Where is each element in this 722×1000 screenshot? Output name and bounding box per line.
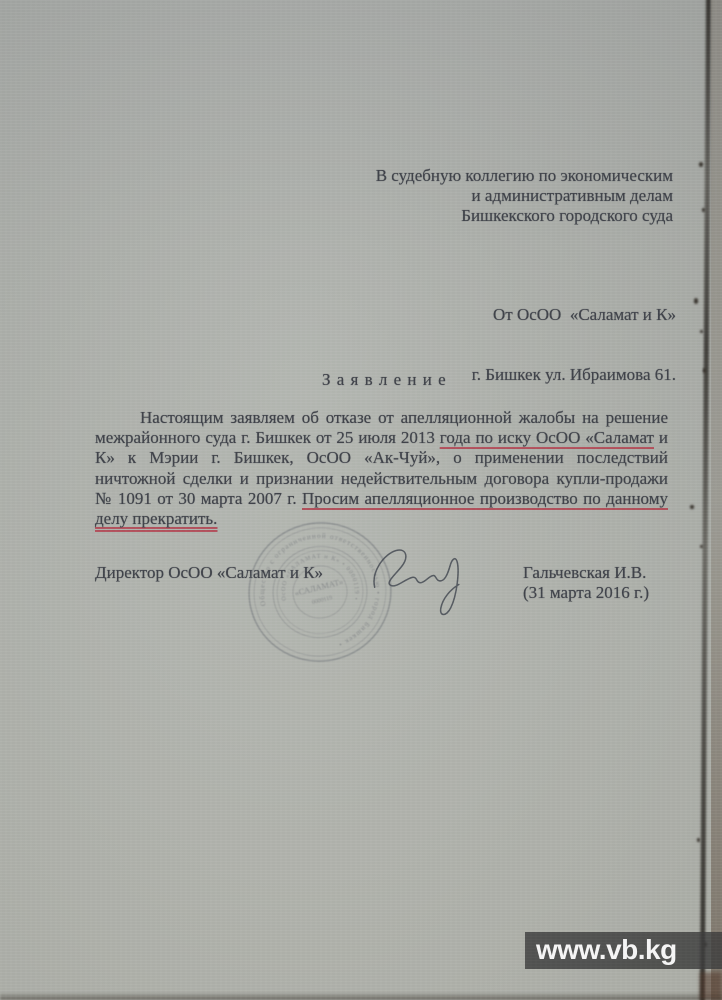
edge-smudge [694, 298, 698, 304]
document-title: З а я в л е н и е [322, 370, 447, 390]
edge-smudge [702, 208, 705, 212]
document-photo: В судебную коллегию по экономическим и а… [0, 0, 722, 1000]
edge-smudge [690, 505, 694, 509]
edge-smudge [697, 838, 700, 842]
recipient-line: Бишкекского городского суда [376, 206, 673, 226]
recipient-line: и административным делам [376, 186, 673, 206]
signature-block: Гальчевская И.В. (31 марта 2016 г.) [523, 563, 649, 602]
underlined-phrase: делу прекратить. [95, 509, 217, 528]
recipient-block: В судебную коллегию по экономическим и а… [376, 166, 673, 226]
signature-date: (31 марта 2016 г.) [523, 583, 649, 603]
edge-smudge [700, 330, 703, 333]
edge-smudge [700, 545, 703, 548]
sender-line: г. Бишкек ул. Ибраимова 61. [472, 365, 676, 385]
page-edge-strip [711, 0, 722, 1000]
handwritten-signature [368, 538, 478, 623]
underlined-phrase: Просим апелляционное производство по дан… [302, 489, 668, 508]
sender-block: От ОсОО «Саламат и К» г. Бишкек ул. Ибра… [472, 265, 676, 425]
corner-stain [700, 972, 722, 1000]
watermark-band: www.vb.kg [525, 932, 722, 969]
underlined-phrase: года по иску ОсОО «Саламат [440, 428, 654, 447]
signatory-name: Гальчевская И.В. [523, 563, 649, 583]
edge-smudge [699, 162, 703, 167]
stamp-center-text: «САЛАМАТ» [293, 576, 344, 598]
bottom-edge-shadow [0, 992, 722, 1000]
recipient-line: В судебную коллегию по экономическим [376, 166, 673, 186]
sender-line: От ОсОО «Саламат и К» [472, 305, 676, 325]
page-edge-line [700, 0, 711, 1000]
watermark-text: www.vb.kg [536, 934, 677, 965]
edge-smudge [703, 368, 706, 373]
stamp-center-sub: 0000119 [311, 595, 333, 606]
